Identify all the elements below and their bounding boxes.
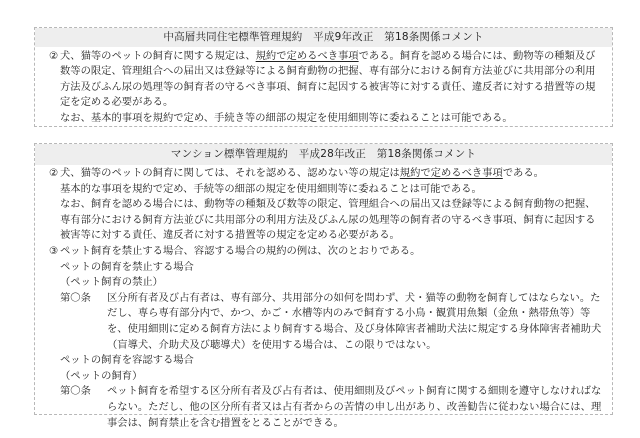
prohibit-caption: （ペット飼育の禁止） [49,275,604,291]
underlined-text: 規約で定めるべき事項 [400,167,503,179]
article-text: 区分所有者及び占有者は、専有部分、共用部分の如何を問わず、犬・猫等の動物を飼育し… [107,292,601,351]
permit-article: 第〇条ペット飼育を希望する区分所有者及び占有者は、使用細則及びペット飼育に関する… [49,384,604,431]
paragraph-delegation: 基本的な事項を規約で定め、手続等の細部の規定を使用細則等に委ねることは可能である… [49,182,604,198]
paragraph-item-3: ③ペット飼育を禁止する場合、容認する場合の規約の例は、次のとおりである。 [49,244,604,260]
box-title: マンション標準管理規約 平成28年改正 第18条関係コメント [35,144,612,165]
box-title: 中高層共同住宅標準管理規約 平成9年改正 第18条関係コメント [35,28,612,47]
permit-caption: （ペットの飼育） [49,369,604,385]
article-text: ペット飼育を希望する区分所有者及び占有者は、使用細則及びペット飼育に関する細則を… [107,385,601,428]
prohibit-article: 第〇条区分所有者及び占有者は、専有部分、共用部分の如何を問わず、犬・猫等の動物を… [49,291,604,353]
paragraph-item-2: ②犬、猫等のペットの飼育に関しては、それを認める、認めない等の規定は規約で定める… [49,166,604,182]
comment-box-2016: マンション標準管理規約 平成28年改正 第18条関係コメント ②犬、猫等のペット… [34,143,613,415]
text: 犬、猫等のペットの飼育に関しては、それを認める、認めない等の規定は [60,167,400,179]
box-body: ②犬、猫等のペットの飼育に関しては、それを認める、認めない等の規定は規約で定める… [35,165,612,431]
item-number: ② [49,166,58,182]
box-body: ②犬、猫等のペットの飼育に関する規定は、規約で定めるべき事項である。飼育を認める… [35,47,612,126]
paragraph-note: なお、基本的事項を規約で定め、手続き等の細部の規定を使用細則等に委ねることは可能… [49,111,604,126]
item-number: ③ [49,244,58,260]
article-label: 第〇条 [60,384,91,400]
item-number: ② [49,49,58,64]
article-label: 第〇条 [60,291,91,307]
comment-box-1997: 中高層共同住宅標準管理規約 平成9年改正 第18条関係コメント ②犬、猫等のペッ… [34,27,613,127]
underlined-text: 規約で定めるべき事項 [256,50,359,62]
text: ペット飼育を禁止する場合、容認する場合の規約の例は、次のとおりである。 [60,245,420,257]
text: である。 [503,167,544,179]
paragraph-item-2: ②犬、猫等のペットの飼育に関する規定は、規約で定めるべき事項である。飼育を認める… [49,49,604,111]
paragraph-requirements: なお、飼育を認める場合には、動物等の種類及び数等の限定、管理組合への届出又は登録… [49,197,604,244]
prohibit-heading: ペットの飼育を禁止する場合 [49,260,604,276]
text: 犬、猫等のペットの飼育に関する規定は、 [60,50,256,62]
permit-heading: ペットの飼育を容認する場合 [49,353,604,369]
